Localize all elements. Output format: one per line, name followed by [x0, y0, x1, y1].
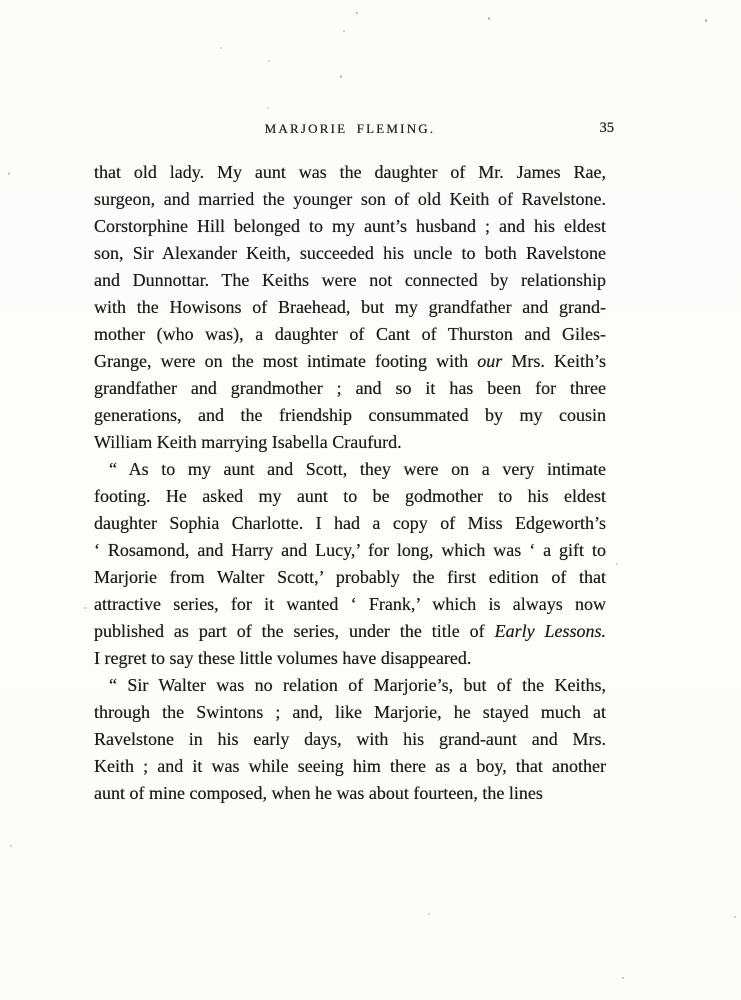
text-line: Keith ; and it was while seeing him ther…	[94, 753, 606, 780]
paper-speck	[343, 30, 345, 32]
italic-text-our: our	[477, 351, 502, 371]
paper-speck	[84, 607, 86, 609]
text-line: Grange, were on the most intimate footin…	[94, 348, 606, 375]
text-segment: Grange, were on the most intimate footin…	[94, 351, 477, 371]
paper-speck	[622, 977, 624, 979]
page-number: 35	[592, 120, 614, 136]
text-line: son, Sir Alexander Keith, succeeded his …	[94, 240, 606, 267]
text-line-paragraph-end: I regret to say these little volumes hav…	[94, 645, 606, 672]
text-segment: published as part of the series, under t…	[94, 621, 495, 641]
text-line: grandfather and grandmother ; and so it …	[94, 375, 606, 402]
text-line-paragraph-start: “ As to my aunt and Scott, they were on …	[94, 456, 606, 483]
paper-speck	[428, 913, 430, 915]
text-segment: Mrs. Keith’s	[502, 351, 606, 371]
paper-speck	[616, 563, 618, 565]
text-line: Ravelstone in his early days, with his g…	[94, 726, 606, 753]
book-page-scan: MARJORIE FLEMING. 35 that old lady. My a…	[0, 0, 741, 1000]
text-line: Marjorie from Walter Scott,’ probably th…	[94, 564, 606, 591]
paper-speck	[705, 19, 707, 22]
paper-speck	[340, 75, 342, 78]
paper-speck	[734, 916, 736, 918]
text-line: through the Swintons ; and, like Marjori…	[94, 699, 606, 726]
italic-text-early-lessons: Early Lessons.	[495, 621, 606, 641]
paper-speck	[356, 12, 358, 14]
text-line-paragraph-end: William Keith marrying Isabella Craufurd…	[94, 429, 606, 456]
text-line: and Dunnottar. The Keiths were not conne…	[94, 267, 606, 294]
text-line: that old lady. My aunt was the daughter …	[94, 159, 606, 186]
body-text: that old lady. My aunt was the daughter …	[94, 159, 606, 807]
paper-speck	[268, 60, 270, 62]
text-line: published as part of the series, under t…	[94, 618, 606, 645]
text-line: mother (who was), a daughter of Cant of …	[94, 321, 606, 348]
paper-speck	[488, 17, 490, 20]
paper-speck	[10, 845, 12, 847]
text-line: generations, and the friendship consumma…	[94, 402, 606, 429]
paper-speck	[220, 47, 222, 49]
text-line: footing. He asked my aunt to be godmothe…	[94, 483, 606, 510]
paper-speck	[8, 172, 10, 175]
text-line: Corstorphine Hill belonged to my aunt’s …	[94, 213, 606, 240]
running-head-title: MARJORIE FLEMING.	[94, 121, 606, 139]
text-line: aunt of mine composed, when he was about…	[94, 780, 606, 807]
text-line: with the Howisons of Braehead, but my gr…	[94, 294, 606, 321]
paper-speck	[267, 107, 269, 109]
text-line: daughter Sophia Charlotte. I had a copy …	[94, 510, 606, 537]
text-line: ‘ Rosamond, and Harry and Lucy,’ for lon…	[94, 537, 606, 564]
text-line: surgeon, and married the younger son of …	[94, 186, 606, 213]
text-line: attractive series, for it wanted ‘ Frank…	[94, 591, 606, 618]
text-line-paragraph-start: “ Sir Walter was no relation of Marjorie…	[94, 672, 606, 699]
